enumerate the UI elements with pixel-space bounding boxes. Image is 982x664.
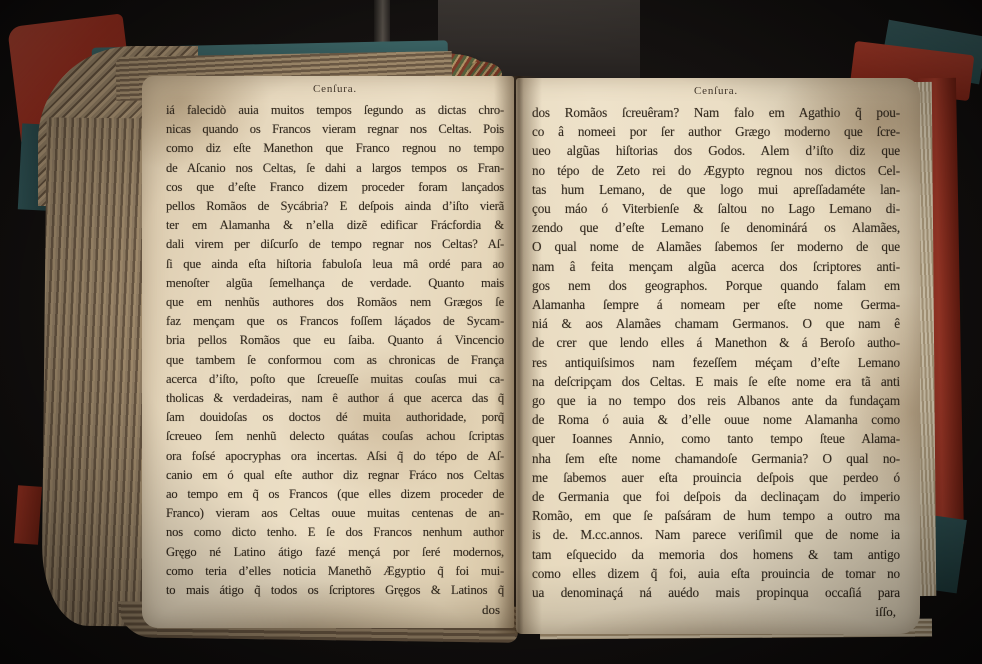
text-line: res antiquiſsimos nam fezeſſem méçam d’e… xyxy=(532,353,900,372)
text-line: O qual nome de Alamães ſabemos ſer moder… xyxy=(532,237,900,256)
text-line: na deſcripçam dos Celtas. E mais ſe eſte… xyxy=(532,372,900,391)
text-line: Gręgo né Latino átigo fazé mençá por ſer… xyxy=(166,543,504,562)
text-line: de Germania que foi deſpois da declinaça… xyxy=(532,487,900,506)
text-line: no tépo de Zeto rei do Ægypto regnou nos… xyxy=(532,161,900,180)
text-line: nos como dicto tenho. E ſe dos Francos n… xyxy=(166,523,504,542)
catchword-right: iſſo, xyxy=(532,602,900,621)
catchword-left: dos xyxy=(166,600,504,619)
text-line: iá falecidò auia muitos tempos ſegundo a… xyxy=(166,101,504,120)
text-line: Alamanha ſempre á nomeam per eſte nome G… xyxy=(532,295,900,314)
text-line: ao tempo em q̃ os Francos (que elles diz… xyxy=(166,485,504,504)
text-line: acerca d’iſto, poſto que ſcreueſſe muita… xyxy=(166,370,504,389)
text-line: ſi que ainda eſta hiſtoria fabuloſa leua… xyxy=(166,255,504,274)
running-head-right: Cenſura. xyxy=(532,84,900,98)
text-line: bria pellos Romãos que eu ſaiba. Quanto … xyxy=(166,331,504,350)
text-line: co â nomeei por ſer author Grægo moderno… xyxy=(532,122,900,141)
text-line: nicas quando os Francos vieram regnar no… xyxy=(166,120,504,139)
text-line: niá & aos Alamães chamam Germanos. O que… xyxy=(532,314,900,333)
text-line: como diz eſte Manethon que Franco regnou… xyxy=(166,139,504,158)
text-line: dos Romãos ſcreuêram? Nam falo em Agathi… xyxy=(532,103,900,122)
text-line: de Aſcanio nos Celtas, ſe dahi a largos … xyxy=(166,159,504,178)
text-line: como elles dizem q̃ foi, auia eſta proui… xyxy=(532,564,900,583)
text-line: canio em ó qual eſte author diz regnar F… xyxy=(166,466,504,485)
left-page: Cenſura. iá falecidò auia muitos tempos … xyxy=(142,76,514,628)
text-line: gos nem dos geographos. Porque quando fa… xyxy=(532,276,900,295)
right-page-text: dos Romãos ſcreuêram? Nam falo em Agathi… xyxy=(532,103,900,602)
text-line: de Roma ó auia & d’elle ouue nome Alaman… xyxy=(532,410,900,429)
text-line: faz mençam que os Francos foſſem láçados… xyxy=(166,312,504,331)
text-line: ora foſsé apocryphas ora incertas. Aſsi … xyxy=(166,447,504,466)
text-line: de crer que lendo elles á Manethon & á B… xyxy=(532,333,900,352)
text-line: cos que d’eſte Franco dizem proceder for… xyxy=(166,178,504,197)
text-line: go que ia no tempo dos reis Albanos ante… xyxy=(532,391,900,410)
text-line: çou máo ó Viterbienſe & ſaltou no Lago L… xyxy=(532,199,900,218)
text-line: Franco) vieram aos Celtas ouue muitas ce… xyxy=(166,504,504,523)
text-line: ua denominaçá ná auédo mais propinqua oc… xyxy=(532,583,900,602)
gutter-shadow xyxy=(494,76,542,634)
cover-edge-red-bottom-left xyxy=(14,485,42,545)
right-page: Cenſura. dos Romãos ſcreuêram? Nam falo … xyxy=(516,78,920,634)
text-line: nha ſem eſte nome chamandoſe Germania? O… xyxy=(532,449,900,468)
text-line: como teria d’elles noticia Manethõ Ægypt… xyxy=(166,562,504,581)
text-line: menoſter algũa ſemelhança de verdade. Qu… xyxy=(166,274,504,293)
text-line: ueo algũas hiſtorias dos Godos. Alem d’i… xyxy=(532,141,900,160)
text-line: que em nenhũs authores dos Romãos nem Gr… xyxy=(166,293,504,312)
text-line: is de. M.cc.annos. Nam parece veriſimil … xyxy=(532,525,900,544)
text-line: me ſabemos auer eſta prouincia deſpois q… xyxy=(532,468,900,487)
text-line: tholicas & verdadeiras, nam ê author á q… xyxy=(166,389,504,408)
text-line: nam â feita mençam algũa acerca dos ſcri… xyxy=(532,257,900,276)
text-line: Romão, em que ſe paſsáram de hum tempo a… xyxy=(532,506,900,525)
text-line: que tambem ſe conformou com as chronicas… xyxy=(166,351,504,370)
text-line: ter em Alamanha & n’ella dizẽ edificar F… xyxy=(166,216,504,235)
text-line: quer Ioannes Annio, como tanto tempo ſte… xyxy=(532,429,900,448)
running-head-left: Cenſura. xyxy=(166,82,504,96)
text-line: dali virem per diſcurſo de tempo regnar … xyxy=(166,235,504,254)
text-line: ſcreueo ſem nenhũ delecto quátas couſas … xyxy=(166,427,504,446)
text-line: to mais átigo q̃ todos os ſcriptores Grę… xyxy=(166,581,504,600)
left-page-text: iá falecidò auia muitos tempos ſegundo a… xyxy=(166,101,504,600)
text-line: ſam douidoſas os doctos dé muita authori… xyxy=(166,408,504,427)
photo-background: Cenſura. iá falecidò auia muitos tempos … xyxy=(0,0,982,664)
text-line: pellos Romãos de Sycábria? E deſpois ain… xyxy=(166,197,504,216)
text-line: zendo que d’eſte Lemano ſe denominárá os… xyxy=(532,218,900,237)
text-line: tas hum Lemano, de que logo mui apreſſad… xyxy=(532,180,900,199)
text-line: tam eſquecido da memoria dos homens & ta… xyxy=(532,545,900,564)
